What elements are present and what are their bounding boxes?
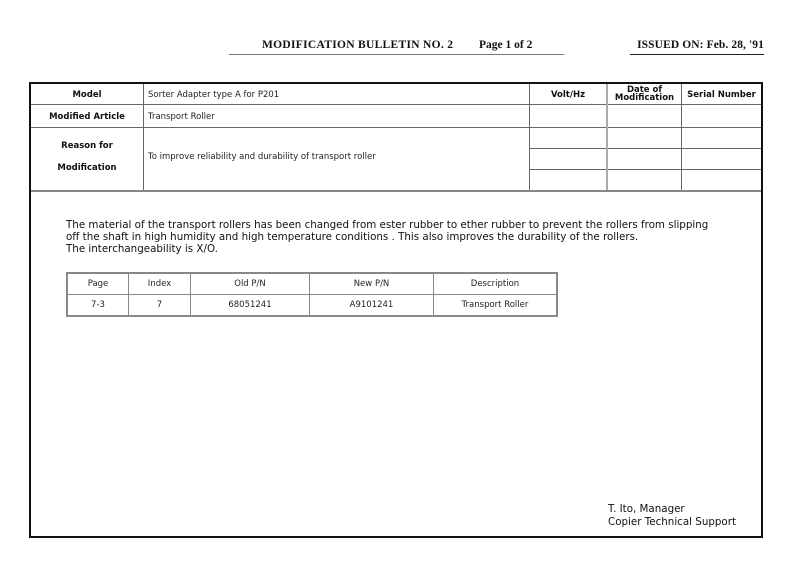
- issued-on-header: ISSUED ON: Feb. 28, '91: [630, 38, 764, 55]
- volt-hz-cell-2: [530, 128, 606, 148]
- serial-cell-2: [682, 128, 761, 148]
- volt-hz-cell-3: [530, 149, 606, 169]
- reason-value: To improve reliability and durability of…: [148, 152, 376, 162]
- signature-block: T. Ito, Manager Copier Technical Support: [608, 503, 736, 529]
- date-of-modification-header: Date of Modification: [608, 86, 681, 102]
- date-cell-4: [608, 170, 681, 190]
- serial-cell-1: [682, 105, 761, 127]
- col-header-new-pn: New P/N: [310, 273, 434, 295]
- col-header-index: Index: [129, 273, 191, 295]
- model-label: Model: [31, 90, 143, 100]
- parts-table-header-row: Page Index Old P/N New P/N Description: [67, 273, 557, 295]
- cell-description: Transport Roller: [434, 295, 558, 317]
- serial-number-header: Serial Number: [682, 90, 761, 100]
- serial-cell-4: [682, 170, 761, 190]
- signatory-name: T. Ito, Manager: [608, 503, 736, 516]
- modified-article-value: Transport Roller: [148, 112, 215, 122]
- table-row: 7-3 7 68051241 A9101241 Transport Roller: [67, 295, 557, 317]
- date-cell-2: [608, 128, 681, 148]
- col-header-page: Page: [67, 273, 129, 295]
- volt-hz-cell-4: [530, 170, 606, 190]
- bulletin-title: MODIFICATION BULLETIN NO. 2: [262, 39, 453, 51]
- cell-new-pn: A9101241: [310, 295, 434, 317]
- cell-old-pn: 68051241: [191, 295, 310, 317]
- description-line: The material of the transport rollers ha…: [66, 219, 708, 231]
- modified-article-label: Modified Article: [31, 112, 143, 122]
- issued-on-date: ISSUED ON: Feb. 28, '91: [637, 39, 764, 51]
- description-line: off the shaft in high humidity and high …: [66, 231, 708, 243]
- volt-hz-cell-1: [530, 105, 606, 127]
- reason-label-line1: Reason for: [31, 141, 143, 151]
- info-table-bottom-border: [31, 190, 761, 192]
- signatory-department: Copier Technical Support: [608, 516, 736, 529]
- model-value: Sorter Adapter type A for P201: [148, 90, 279, 100]
- serial-cell-3: [682, 149, 761, 169]
- bulletin-header: MODIFICATION BULLETIN NO. 2 Page 1 of 2: [229, 38, 564, 55]
- col-header-description: Description: [434, 273, 558, 295]
- modification-description: The material of the transport rollers ha…: [66, 219, 708, 256]
- cell-page: 7-3: [67, 295, 129, 317]
- date-cell-3: [608, 149, 681, 169]
- date-header-line2: Modification: [608, 94, 681, 102]
- col-divider: [143, 84, 144, 190]
- col-header-old-pn: Old P/N: [191, 273, 310, 295]
- volt-hz-header: Volt/Hz: [530, 90, 606, 100]
- info-table: Model Modified Article Reason for Modifi…: [29, 82, 763, 191]
- cell-index: 7: [129, 295, 191, 317]
- reason-label-line2: Modification: [31, 163, 143, 173]
- interchangeability-line: The interchangeability is X/O.: [66, 243, 708, 255]
- parts-table: Page Index Old P/N New P/N Description 7…: [66, 272, 558, 317]
- date-cell-1: [608, 105, 681, 127]
- page-indicator: Page 1 of 2: [479, 39, 532, 51]
